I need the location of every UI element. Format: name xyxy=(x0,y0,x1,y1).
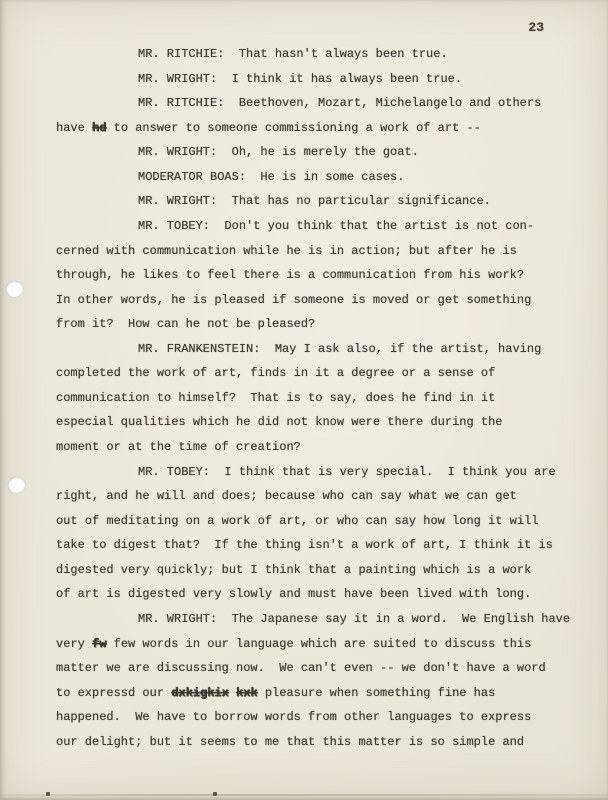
line-text: digested very quickly; but I think that … xyxy=(56,563,531,577)
struck-text: hd xyxy=(92,121,106,135)
line-text: pleasure when something fine has xyxy=(258,686,496,700)
line-text: from it? How can he not be pleased? xyxy=(56,317,315,331)
transcript-line: take to digest that? If the thing isn't … xyxy=(56,533,608,558)
transcript-line: MR. WRIGHT: Oh, he is merely the goat. xyxy=(56,140,608,165)
transcript-line: moment or at the time of creation? xyxy=(56,435,608,460)
transcript-line: MR. WRIGHT: I think it has always been t… xyxy=(56,67,608,92)
transcript-line: have hd to answer to someone commissioni… xyxy=(56,116,608,141)
transcript-line: from it? How can he not be pleased? xyxy=(56,312,608,337)
line-text: completed the work of art, finds in it a… xyxy=(56,366,495,380)
paper-bottom-edge xyxy=(0,794,608,796)
transcript-line: to expressd our dxkigkix kxk pleasure wh… xyxy=(56,681,608,706)
line-text: right, and he will and does; because who… xyxy=(56,489,517,503)
line-text: In other words, he is pleased if someone… xyxy=(56,293,531,307)
line-text: MR. TOBEY: Don't you think that the arti… xyxy=(138,219,534,233)
transcript-line: communication to himself? That is to say… xyxy=(56,386,608,411)
transcript-line: In other words, he is pleased if someone… xyxy=(56,288,608,313)
transcript-line: MR. RITCHIE: Beethoven, Mozart, Michelan… xyxy=(56,91,608,116)
line-text: of art is digested very slowly and must … xyxy=(56,587,531,601)
paper-speck xyxy=(213,792,217,796)
line-text: especial qualities which he did not know… xyxy=(56,415,502,429)
line-text: MR. TOBEY: I think that is very special.… xyxy=(138,465,556,479)
transcript-lines: MR. RITCHIE: That hasn't always been tru… xyxy=(0,42,608,754)
line-text: MR. WRIGHT: That has no particular signi… xyxy=(138,194,491,208)
line-text: MR. WRIGHT: Oh, he is merely the goat. xyxy=(138,145,419,159)
line-text: through, he likes to feel there is a com… xyxy=(56,268,524,282)
struck-text: kxk xyxy=(236,686,258,700)
transcript-line: matter we are discussing now. We can't e… xyxy=(56,656,608,681)
line-text: MR. RITCHIE: That hasn't always been tru… xyxy=(138,47,448,61)
transcript-line: digested very quickly; but I think that … xyxy=(56,558,608,583)
paper-speck xyxy=(46,792,50,796)
line-text: our delight; but it seems to me that thi… xyxy=(56,735,524,749)
line-text: cerned with communication while he is in… xyxy=(56,244,517,258)
line-text: MODERATOR BOAS: He is in some cases. xyxy=(138,170,404,184)
transcript-line: especial qualities which he did not know… xyxy=(56,410,608,435)
transcript-line: right, and he will and does; because who… xyxy=(56,484,608,509)
line-text: MR. RITCHIE: Beethoven, Mozart, Michelan… xyxy=(138,96,541,110)
line-text: MR. WRIGHT: The Japanese say it in a wor… xyxy=(138,612,570,626)
line-text: MR. WRIGHT: I think it has always been t… xyxy=(138,72,462,86)
transcript-line: MR. TOBEY: I think that is very special.… xyxy=(56,460,608,485)
transcript-line: our delight; but it seems to me that thi… xyxy=(56,730,608,755)
transcript-line: out of meditating on a work of art, or w… xyxy=(56,509,608,534)
page-number: 23 xyxy=(528,20,544,35)
transcript-line: completed the work of art, finds in it a… xyxy=(56,361,608,386)
line-text: out of meditating on a work of art, or w… xyxy=(56,514,538,528)
transcript-line: cerned with communication while he is in… xyxy=(56,239,608,264)
transcript-line: MR. TOBEY: Don't you think that the arti… xyxy=(56,214,608,239)
line-text: to answer to someone commissioning a wor… xyxy=(106,121,480,135)
line-text: very xyxy=(56,637,92,651)
line-text: have xyxy=(56,121,92,135)
line-text: few words in our language which are suit… xyxy=(106,637,531,651)
line-text: take to digest that? If the thing isn't … xyxy=(56,538,553,552)
transcript-line: MR. WRIGHT: The Japanese say it in a wor… xyxy=(56,607,608,632)
transcript-line: MR. WRIGHT: That has no particular signi… xyxy=(56,189,608,214)
line-text: MR. FRANKENSTEIN: May I ask also, if the… xyxy=(138,342,541,356)
line-text: communication to himself? That is to say… xyxy=(56,391,495,405)
transcript-line: MR. FRANKENSTEIN: May I ask also, if the… xyxy=(56,337,608,362)
struck-text: dxkigkix xyxy=(171,686,229,700)
transcript-line: MR. RITCHIE: That hasn't always been tru… xyxy=(56,42,608,67)
transcript-line: of art is digested very slowly and must … xyxy=(56,582,608,607)
transcript-line: happened. We have to borrow words from o… xyxy=(56,705,608,730)
line-text xyxy=(229,686,236,700)
struck-text: fw xyxy=(92,637,106,651)
typewritten-page: 23 MR. RITCHIE: That hasn't always been … xyxy=(0,0,608,800)
transcript-line: very fw few words in our language which … xyxy=(56,632,608,657)
transcript-line: through, he likes to feel there is a com… xyxy=(56,263,608,288)
line-text: matter we are discussing now. We can't e… xyxy=(56,661,546,675)
line-text: moment or at the time of creation? xyxy=(56,440,301,454)
line-text: to expressd our xyxy=(56,686,171,700)
line-text: happened. We have to borrow words from o… xyxy=(56,710,531,724)
transcript-line: MODERATOR BOAS: He is in some cases. xyxy=(56,165,608,190)
